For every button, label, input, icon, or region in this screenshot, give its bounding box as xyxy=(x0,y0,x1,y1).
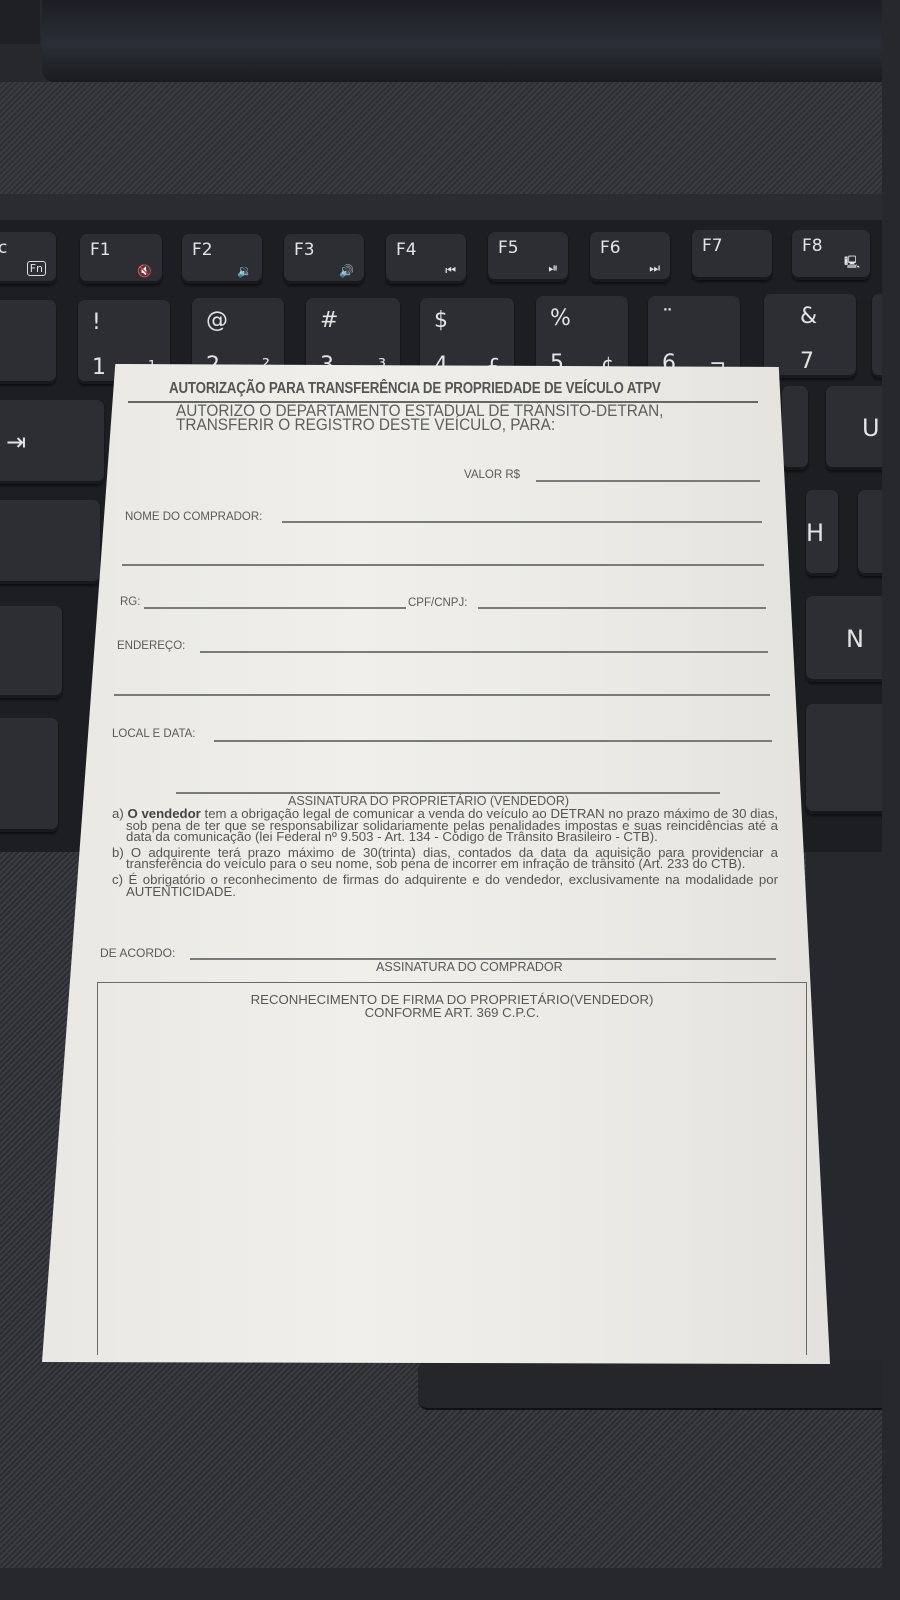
key-f7[interactable]: F7 xyxy=(692,230,772,280)
laptop-hinge xyxy=(42,0,882,82)
key-y[interactable] xyxy=(782,386,808,470)
key-u[interactable]: U xyxy=(826,386,882,470)
tab-icon: ⇥ xyxy=(0,400,104,484)
notary-box-subtitle: CONFORME ART. 369 C.P.C. xyxy=(98,1006,806,1019)
key-f1[interactable]: F1 🔇 xyxy=(80,234,162,284)
cpf-cnpj-label: CPF/CNPJ: xyxy=(408,597,467,609)
next-track-icon: ⏭ xyxy=(649,261,660,276)
display-switch-icon: 🖳 xyxy=(844,253,860,274)
previous-track-icon: ⏮ xyxy=(445,263,456,278)
buyer-signature-caption: ASSINATURA DO COMPRADOR xyxy=(376,960,563,974)
nome-comprador-field-line2[interactable] xyxy=(122,564,764,566)
key-f5[interactable]: F5 ⏯ xyxy=(488,232,568,282)
key-f3[interactable]: F3 🔊 xyxy=(284,234,364,284)
local-data-label: LOCAL E DATA: xyxy=(112,728,196,740)
cpf-cnpj-field[interactable] xyxy=(478,607,766,609)
legal-notes: a) O vendedor tem a obrigação legal de c… xyxy=(112,808,778,901)
fn-lock-icon: Fn xyxy=(27,261,46,276)
nome-comprador-label: NOME DO COMPRADOR: xyxy=(125,511,262,523)
key-capslock[interactable] xyxy=(0,500,100,584)
laptop-top-texture xyxy=(0,82,882,194)
key-7[interactable]: & 7 xyxy=(764,294,856,378)
valor-field[interactable] xyxy=(536,480,760,482)
notary-recognition-box: RECONHECIMENTO DE FIRMA DO PROPRIETÁRIO(… xyxy=(97,982,807,1355)
note-c: c) É obrigatório o reconhecimento de fir… xyxy=(112,874,778,897)
mute-icon: 🔇 xyxy=(137,264,152,278)
note-a: a) O vendedor tem a obrigação legal de c… xyxy=(112,808,778,843)
endereco-field[interactable] xyxy=(200,651,768,653)
rg-label: RG: xyxy=(120,596,140,608)
key-8[interactable] xyxy=(872,294,882,378)
note-b: b) O adquirente terá prazo máximo de 30(… xyxy=(112,847,778,870)
key-f8[interactable]: F8 🖳 xyxy=(792,230,870,280)
key-shift-left[interactable] xyxy=(0,606,62,698)
touchpad[interactable] xyxy=(418,1360,882,1410)
authorization-text: AUTORIZO O DEPARTAMENTO ESTADUAL DE TRÂN… xyxy=(176,404,663,432)
volume-down-icon: 🔉 xyxy=(237,264,252,278)
local-data-field[interactable] xyxy=(214,740,772,742)
key-f2[interactable]: F2 🔉 xyxy=(182,234,262,284)
key-backtick[interactable] xyxy=(0,300,56,384)
laptop-strip xyxy=(0,194,882,222)
atpv-form: AUTORIZAÇÃO PARA TRANSFERÊNCIA DE PROPRI… xyxy=(42,364,830,1364)
key-h[interactable]: H xyxy=(806,490,838,576)
play-pause-icon: ⏯ xyxy=(548,261,558,276)
key-j[interactable] xyxy=(858,490,882,576)
valor-label: VALOR R$ xyxy=(464,469,520,481)
laptop-hinge-left xyxy=(0,0,40,44)
key-space-right[interactable] xyxy=(806,704,882,814)
key-esc[interactable]: c Fn xyxy=(0,232,56,284)
volume-up-icon: 🔊 xyxy=(339,264,354,278)
key-ctrl-left[interactable] xyxy=(0,718,58,832)
endereco-field-line2[interactable] xyxy=(114,694,770,696)
rg-field[interactable] xyxy=(144,607,406,609)
endereco-label: ENDEREÇO: xyxy=(117,640,185,652)
nome-comprador-field[interactable] xyxy=(282,521,762,523)
form-title: AUTORIZAÇÃO PARA TRANSFERÊNCIA DE PROPRI… xyxy=(169,380,661,398)
key-f4[interactable]: F4 ⏮ xyxy=(386,234,466,284)
key-tab[interactable]: ⇥ xyxy=(0,400,104,484)
key-f6[interactable]: F6 ⏭ xyxy=(590,232,670,282)
key-n[interactable]: N xyxy=(806,596,882,682)
de-acordo-label: DE ACORDO: xyxy=(100,946,175,960)
